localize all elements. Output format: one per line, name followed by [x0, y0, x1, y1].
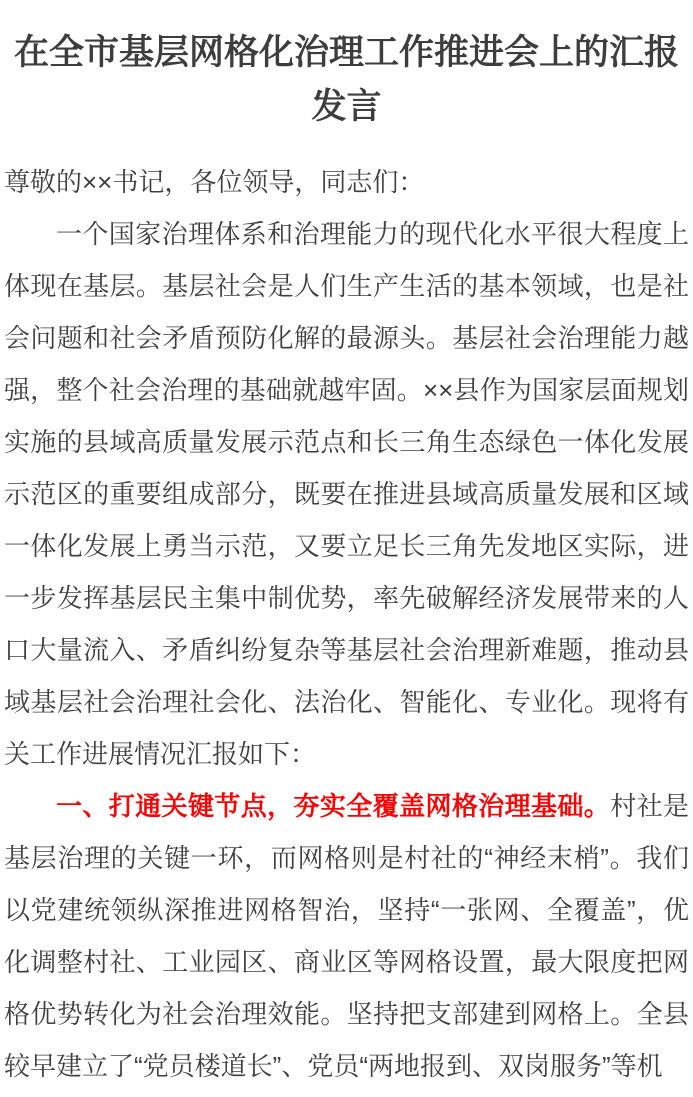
- salutation-line: 尊敬的××书记，各位领导，同志们：: [4, 156, 689, 208]
- section-1-heading: 一、打通关键节点，夯实全覆盖网格治理基础。: [56, 791, 610, 821]
- page-title: 在全市基层网格化治理工作推进会上的汇报发言: [4, 26, 689, 134]
- intro-paragraph: 一个国家治理体系和治理能力的现代化水平很大程度上体现在基层。基层社会是人们生产生…: [4, 208, 689, 780]
- section-1-body: 村社是基层治理的关键一环，而网格则是村社的“神经末梢”。我们以党建统领纵深推进网…: [4, 791, 689, 1081]
- document-page: 在全市基层网格化治理工作推进会上的汇报发言 尊敬的××书记，各位领导，同志们： …: [0, 26, 693, 1092]
- section-1-paragraph: 一、打通关键节点，夯实全覆盖网格治理基础。村社是基层治理的关键一环，而网格则是村…: [4, 780, 689, 1092]
